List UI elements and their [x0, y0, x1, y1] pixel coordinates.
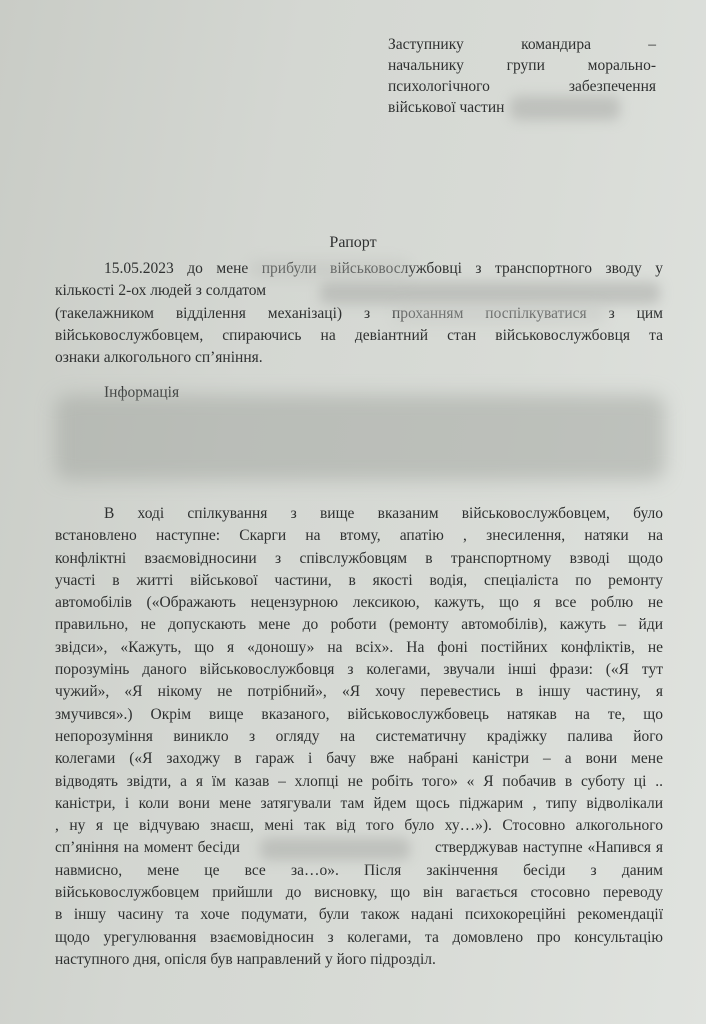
text-line: каністри, і коли вони мене затягували та… [55, 793, 663, 815]
paragraph-findings: В ході спілкування з вище вказаним війсь… [55, 503, 663, 971]
text-line: конфліктні взаємовідносини з співслужбов… [55, 548, 663, 570]
text-line: військовослужбовцем, спираючись на девіа… [55, 325, 663, 347]
text-line: щодо урегулювання взаємовідносин з колег… [55, 927, 663, 949]
text-line: змучився».) Окрім вище вказаного, військ… [55, 704, 663, 726]
text-line: непорозуміння виникло з огляду на систем… [55, 726, 663, 748]
text-line: порозумінь даного військовослужбовця з к… [55, 659, 663, 681]
text-line: ознаки алкогольного сп’яніння. [55, 347, 663, 369]
addressee-line: начальнику групи морально- [388, 55, 656, 76]
text-line: колегами («Я заходжу в гараж і бачу вже … [55, 748, 663, 770]
addressee-line: психологічного забезпечення [388, 76, 656, 97]
redacted-phrase [395, 305, 605, 323]
text-line: чужий», «Я нікому не потрібний», «Я хочу… [55, 681, 663, 703]
text-line: звідси», «Кажуть, що я «доношу» на всіх»… [55, 637, 663, 659]
addressee-line: Заступнику командира – [388, 34, 656, 55]
text-line: , ну я це відчуваю знаєш, мені так від т… [55, 815, 663, 837]
text-line: автомобілів («Ображають нецензурною лекс… [55, 592, 663, 614]
text-line: військовослужбовцем прийшли до висновку,… [55, 882, 663, 904]
text-line: встановлено наступне: Скарги на втому, а… [55, 525, 663, 547]
redacted-soldier-name [320, 282, 660, 304]
redacted-soldier-name-2 [260, 838, 410, 860]
text-line: відводять звідти, а я їм казав – хлопці … [55, 771, 663, 793]
redacted-unit-number [510, 96, 620, 120]
text-line: навмисно, мене це все за…о». Після закін… [55, 860, 663, 882]
text-line: наступного дня, опісля був направлений у… [55, 949, 663, 971]
redacted-unit-name [250, 260, 410, 278]
redacted-information-block [55, 395, 665, 480]
document-page: Заступнику командира – начальнику групи … [0, 0, 706, 1024]
text-line: правильно, не допускають мене до роботи … [55, 614, 663, 636]
text-line: участі в житті військової частини, в яко… [55, 570, 663, 592]
text-line: В ході спілкування з вище вказаним війсь… [55, 503, 663, 525]
document-title: Рапорт [0, 234, 706, 252]
text-line: в іншу часину та хоче подумати, були так… [55, 904, 663, 926]
